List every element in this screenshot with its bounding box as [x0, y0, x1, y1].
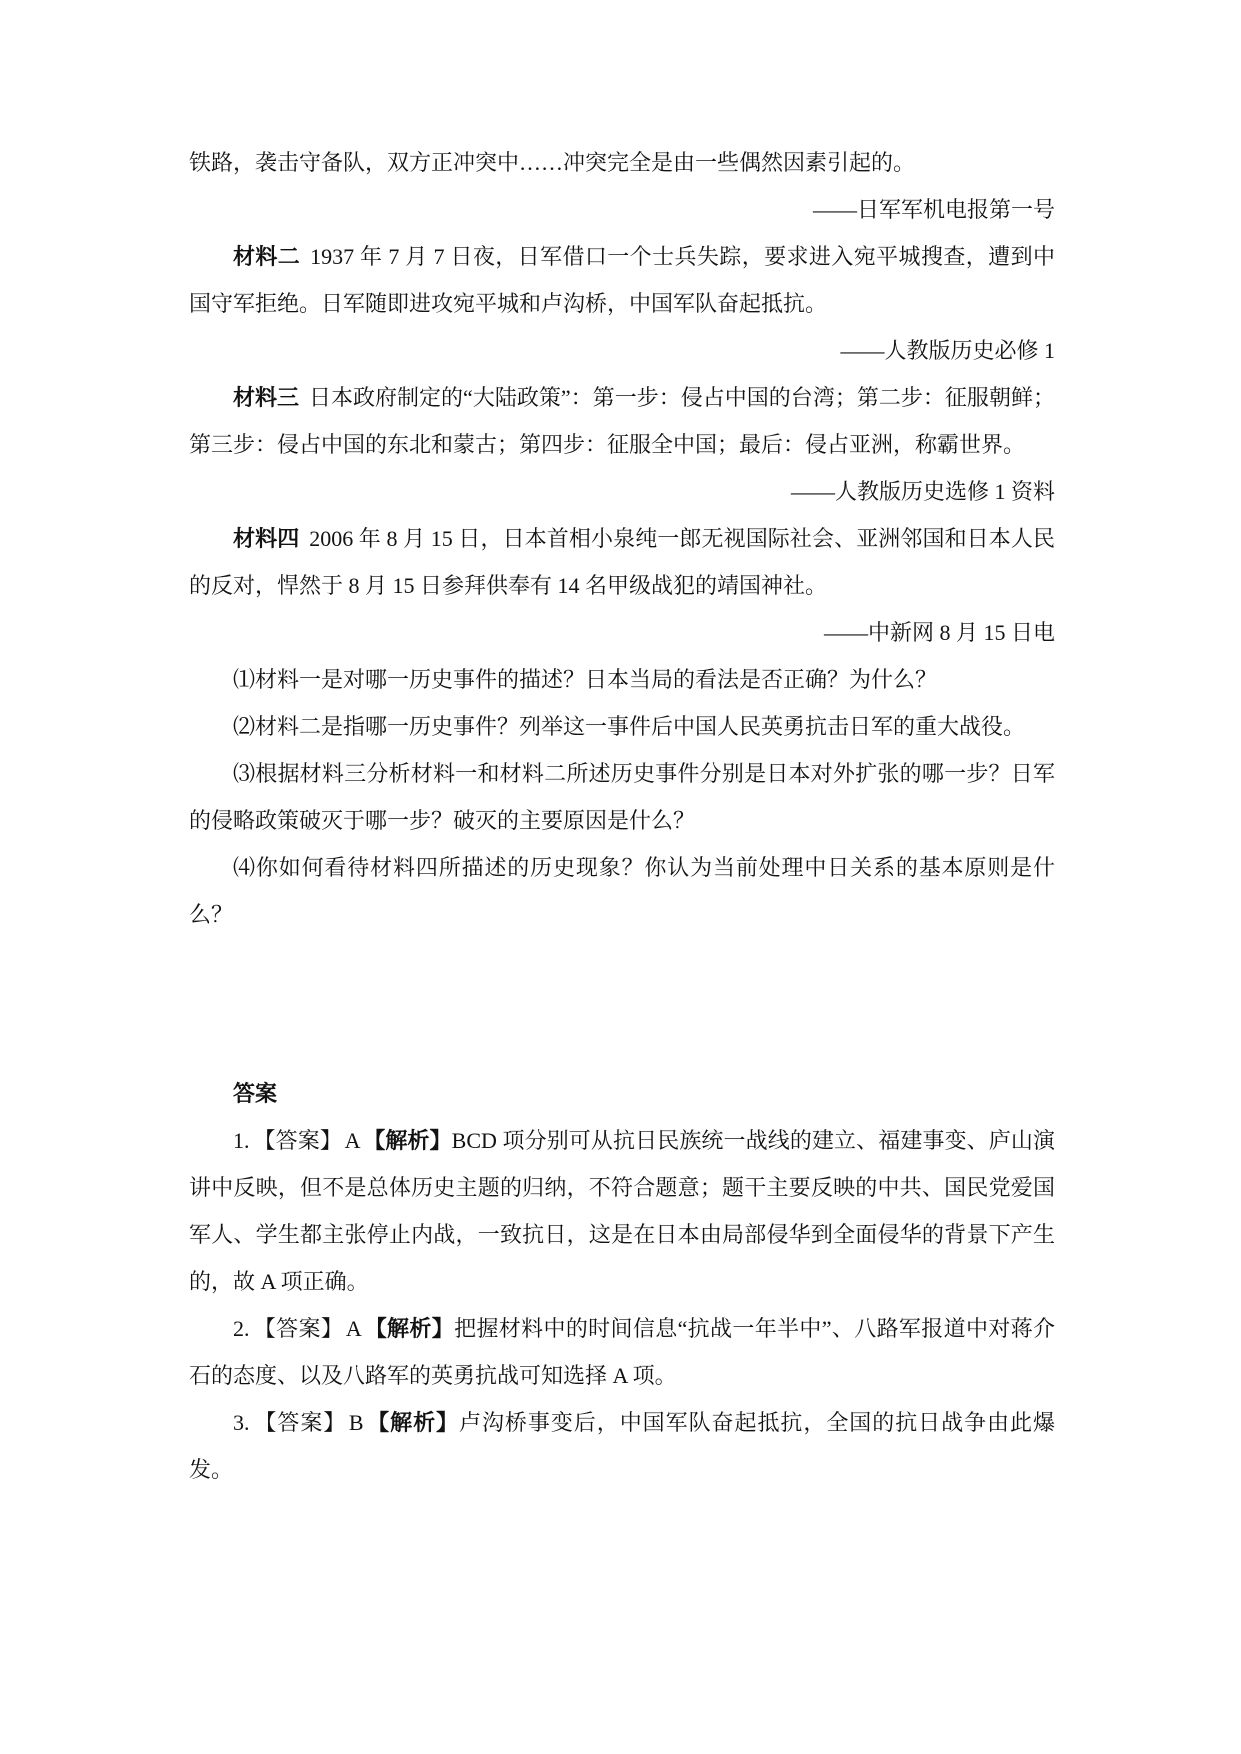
- answer-item-2: 2.【答案】A【解析】把握材料中的时间信息“抗战一年半中”、八路军报道中对蒋介石…: [189, 1305, 1055, 1399]
- answer-2-answer-label: 【答案】: [253, 1316, 343, 1341]
- answer-2-analysis-label: 【解析】: [364, 1316, 454, 1341]
- intro-continuation-paragraph: 铁路，袭击守备队，双方正冲突中……冲突完全是由一些偶然因素引起的。: [189, 139, 1055, 186]
- answer-1-number: 1.: [233, 1128, 250, 1153]
- question-4: ⑷你如何看待材料四所描述的历史现象？你认为当前处理中日关系的基本原则是什么？: [189, 844, 1055, 938]
- answer-3-number: 3.: [233, 1410, 250, 1435]
- document-page: 铁路，袭击守备队，双方正冲突中……冲突完全是由一些偶然因素引起的。 ——日军军机…: [0, 0, 1241, 1754]
- material-4-citation: ——中新网 8 月 15 日电: [189, 609, 1055, 656]
- answer-1-analysis-label: 【解析】: [363, 1128, 452, 1153]
- material-2-paragraph: 材料二1937 年 7 月 7 日夜，日军借口一个士兵失踪，要求进入宛平城搜查，…: [189, 233, 1055, 327]
- question-2: ⑵材料二是指哪一历史事件？列举这一事件后中国人民英勇抗击日军的重大战役。: [189, 703, 1055, 750]
- material-3-citation: ——人教版历史选修 1 资料: [189, 468, 1055, 515]
- question-3: ⑶根据材料三分析材料一和材料二所述历史事件分别是日本对外扩张的哪一步？日军的侵略…: [189, 750, 1055, 844]
- material-2-text: 1937 年 7 月 7 日夜，日军借口一个士兵失踪，要求进入宛平城搜查，遭到中…: [189, 244, 1055, 316]
- answer-3-answer-label: 【答案】: [253, 1410, 346, 1435]
- blank-answer-space: [189, 938, 1055, 1070]
- material-2-citation: ——人教版历史必修 1: [189, 327, 1055, 374]
- intro-citation: ——日军军机电报第一号: [189, 186, 1055, 233]
- material-3-paragraph: 材料三日本政府制定的“大陆政策”：第一步：侵占中国的台湾；第二步：征服朝鲜；第三…: [189, 374, 1055, 468]
- answer-1-answer-label: 【答案】: [253, 1128, 342, 1153]
- question-1: ⑴材料一是对哪一历史事件的描述？日本当局的看法是否正确？为什么？: [189, 656, 1055, 703]
- material-4-label: 材料四: [233, 526, 299, 551]
- answer-item-1: 1.【答案】A【解析】BCD 项分别可从抗日民族统一战线的建立、福建事变、庐山演…: [189, 1117, 1055, 1305]
- answer-2-letter: A: [346, 1316, 362, 1341]
- answer-3-analysis-label: 【解析】: [366, 1410, 459, 1435]
- material-4-paragraph: 材料四2006 年 8 月 15 日，日本首相小泉纯一郎无视国际社会、亚洲邻国和…: [189, 515, 1055, 609]
- material-2-label: 材料二: [233, 244, 300, 269]
- answer-2-number: 2.: [233, 1316, 250, 1341]
- answers-heading: 答案: [189, 1070, 1055, 1117]
- material-4-text: 2006 年 8 月 15 日，日本首相小泉纯一郎无视国际社会、亚洲邻国和日本人…: [189, 526, 1055, 598]
- answer-1-letter: A: [345, 1128, 361, 1153]
- material-3-label: 材料三: [233, 385, 299, 410]
- answer-3-letter: B: [349, 1410, 364, 1435]
- material-3-text: 日本政府制定的“大陆政策”：第一步：侵占中国的台湾；第二步：征服朝鲜；第三步：侵…: [189, 385, 1055, 457]
- answer-item-3: 3.【答案】B【解析】卢沟桥事变后，中国军队奋起抵抗，全国的抗日战争由此爆发。: [189, 1399, 1055, 1493]
